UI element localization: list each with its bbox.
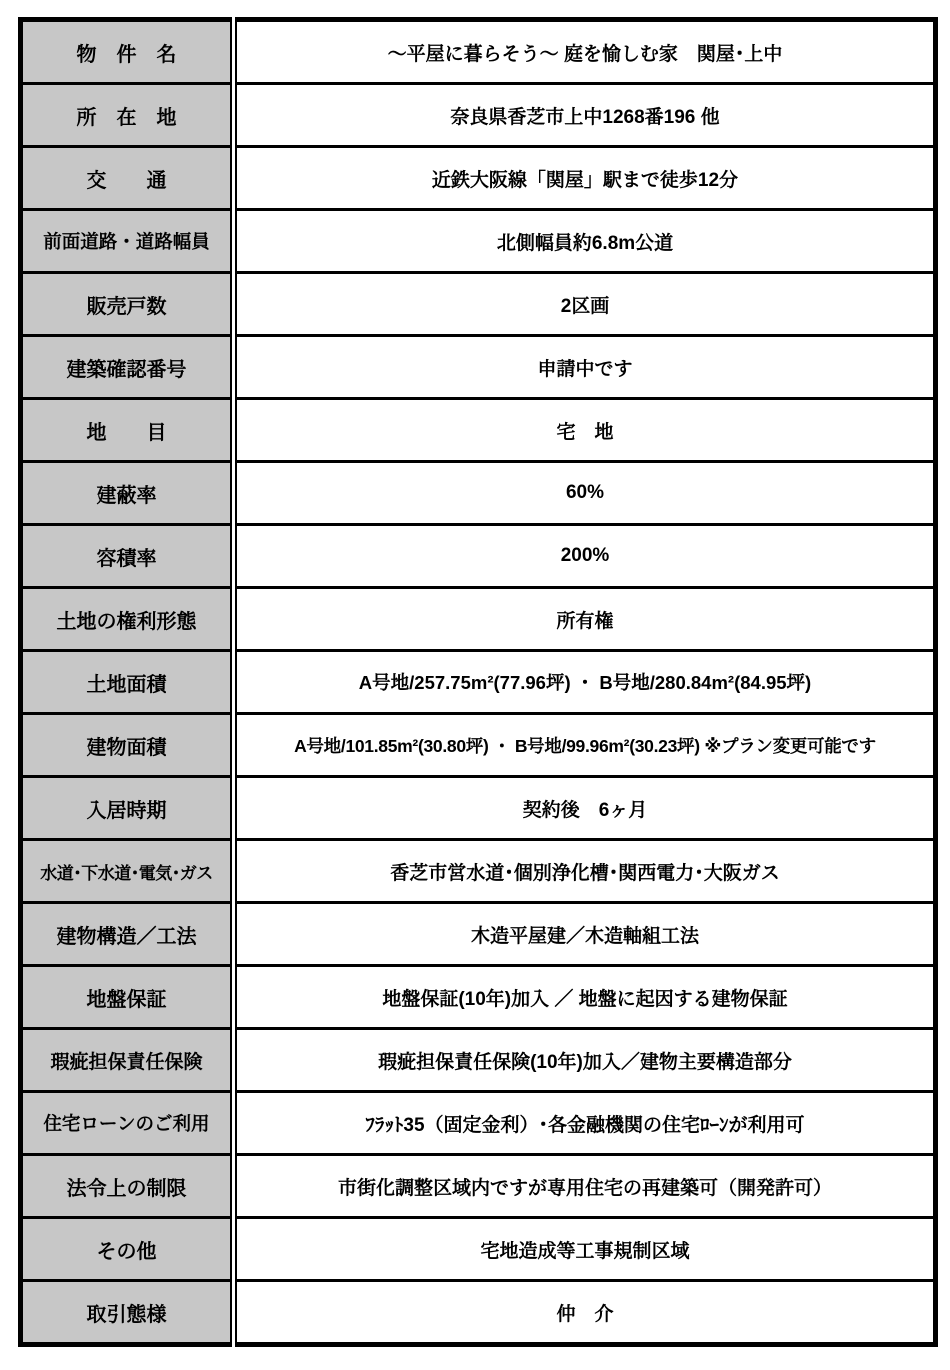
- row-label-building-area: 建物面積: [21, 714, 234, 777]
- table-row-transportation: 交 通 近鉄大阪線「関屋」駅まで徒歩12分: [21, 147, 936, 210]
- property-overview-sheet: 物 件 名 ～平屋に暮らそう～ 庭を愉しむ家 関屋･上中 所 在 地 奈良県香芝…: [0, 0, 950, 1370]
- table-row-other: その他 宅地造成等工事規制区域: [21, 1218, 936, 1281]
- table-row-utilities: 水道･下水道･電気･ガス 香芝市営水道･個別浄化槽･関西電力･大阪ガス: [21, 840, 936, 903]
- property-spec-table: 物 件 名 ～平屋に暮らそう～ 庭を愉しむ家 関屋･上中 所 在 地 奈良県香芝…: [18, 17, 938, 1347]
- row-label-floor-area-ratio: 容積率: [21, 525, 234, 588]
- row-value-land-rights: 所有権: [234, 588, 936, 651]
- row-value-location: 奈良県香芝市上中1268番196 他: [234, 84, 936, 147]
- table-row-land-category: 地 目 宅 地: [21, 399, 936, 462]
- row-label-other: その他: [21, 1218, 234, 1281]
- row-value-utilities: 香芝市営水道･個別浄化槽･関西電力･大阪ガス: [234, 840, 936, 903]
- row-value-defect-liability-insurance: 瑕疵担保責任保険(10年)加入／建物主要構造部分: [234, 1029, 936, 1092]
- row-value-floor-area-ratio: 200%: [234, 525, 936, 588]
- table-row-legal-restrictions: 法令上の制限 市街化調整区域内ですが専用住宅の再建築可（開発許可）: [21, 1155, 936, 1218]
- row-label-utilities: 水道･下水道･電気･ガス: [21, 840, 234, 903]
- row-label-building-confirmation-number: 建築確認番号: [21, 336, 234, 399]
- table-row-property-name: 物 件 名 ～平屋に暮らそう～ 庭を愉しむ家 関屋･上中: [21, 20, 936, 84]
- row-value-units-for-sale: 2区画: [234, 273, 936, 336]
- row-value-building-confirmation-number: 申請中です: [234, 336, 936, 399]
- row-value-building-area: A号地/101.85m²(30.80坪) ・ B号地/99.96m²(30.23…: [234, 714, 936, 777]
- row-value-ground-warranty: 地盤保証(10年)加入 ／ 地盤に起因する建物保証: [234, 966, 936, 1029]
- table-row-building-confirmation-number: 建築確認番号 申請中です: [21, 336, 936, 399]
- row-label-legal-restrictions: 法令上の制限: [21, 1155, 234, 1218]
- row-label-location: 所 在 地: [21, 84, 234, 147]
- row-label-transportation: 交 通: [21, 147, 234, 210]
- row-label-structure-method: 建物構造／工法: [21, 903, 234, 966]
- row-label-land-area: 土地面積: [21, 651, 234, 714]
- table-row-floor-area-ratio: 容積率 200%: [21, 525, 936, 588]
- row-value-transportation: 近鉄大阪線「関屋」駅まで徒歩12分: [234, 147, 936, 210]
- table-row-building-coverage-ratio: 建蔽率 60%: [21, 462, 936, 525]
- row-value-property-name: ～平屋に暮らそう～ 庭を愉しむ家 関屋･上中: [234, 20, 936, 84]
- row-value-building-coverage-ratio: 60%: [234, 462, 936, 525]
- row-label-building-coverage-ratio: 建蔽率: [21, 462, 234, 525]
- row-value-front-road: 北側幅員約6.8m公道: [234, 210, 936, 273]
- row-value-structure-method: 木造平屋建／木造軸組工法: [234, 903, 936, 966]
- table-row-structure-method: 建物構造／工法 木造平屋建／木造軸組工法: [21, 903, 936, 966]
- row-label-front-road: 前面道路・道路幅員: [21, 210, 234, 273]
- table-row-land-area: 土地面積 A号地/257.75m²(77.96坪) ・ B号地/280.84m²…: [21, 651, 936, 714]
- table-row-front-road: 前面道路・道路幅員 北側幅員約6.8m公道: [21, 210, 936, 273]
- row-label-land-category: 地 目: [21, 399, 234, 462]
- table-row-housing-loan: 住宅ローンのご利用 ﾌﾗｯﾄ35（固定金利）･各金融機関の住宅ﾛｰﾝが利用可: [21, 1092, 936, 1155]
- row-label-transaction-type: 取引態様: [21, 1281, 234, 1345]
- row-label-move-in-date: 入居時期: [21, 777, 234, 840]
- row-value-land-area: A号地/257.75m²(77.96坪) ・ B号地/280.84m²(84.9…: [234, 651, 936, 714]
- property-spec-table-body: 物 件 名 ～平屋に暮らそう～ 庭を愉しむ家 関屋･上中 所 在 地 奈良県香芝…: [21, 20, 936, 1345]
- row-value-move-in-date: 契約後 6ヶ月: [234, 777, 936, 840]
- table-row-transaction-type: 取引態様 仲 介: [21, 1281, 936, 1345]
- row-label-ground-warranty: 地盤保証: [21, 966, 234, 1029]
- table-row-land-rights: 土地の権利形態 所有権: [21, 588, 936, 651]
- table-row-ground-warranty: 地盤保証 地盤保証(10年)加入 ／ 地盤に起因する建物保証: [21, 966, 936, 1029]
- table-row-building-area: 建物面積 A号地/101.85m²(30.80坪) ・ B号地/99.96m²(…: [21, 714, 936, 777]
- row-label-units-for-sale: 販売戸数: [21, 273, 234, 336]
- table-row-move-in-date: 入居時期 契約後 6ヶ月: [21, 777, 936, 840]
- row-value-housing-loan: ﾌﾗｯﾄ35（固定金利）･各金融機関の住宅ﾛｰﾝが利用可: [234, 1092, 936, 1155]
- row-value-other: 宅地造成等工事規制区域: [234, 1218, 936, 1281]
- row-label-defect-liability-insurance: 瑕疵担保責任保険: [21, 1029, 234, 1092]
- row-label-property-name: 物 件 名: [21, 20, 234, 84]
- table-row-location: 所 在 地 奈良県香芝市上中1268番196 他: [21, 84, 936, 147]
- row-label-land-rights: 土地の権利形態: [21, 588, 234, 651]
- row-value-transaction-type: 仲 介: [234, 1281, 936, 1345]
- row-label-housing-loan: 住宅ローンのご利用: [21, 1092, 234, 1155]
- row-value-land-category: 宅 地: [234, 399, 936, 462]
- table-row-units-for-sale: 販売戸数 2区画: [21, 273, 936, 336]
- row-value-legal-restrictions: 市街化調整区域内ですが専用住宅の再建築可（開発許可）: [234, 1155, 936, 1218]
- table-row-defect-liability-insurance: 瑕疵担保責任保険 瑕疵担保責任保険(10年)加入／建物主要構造部分: [21, 1029, 936, 1092]
